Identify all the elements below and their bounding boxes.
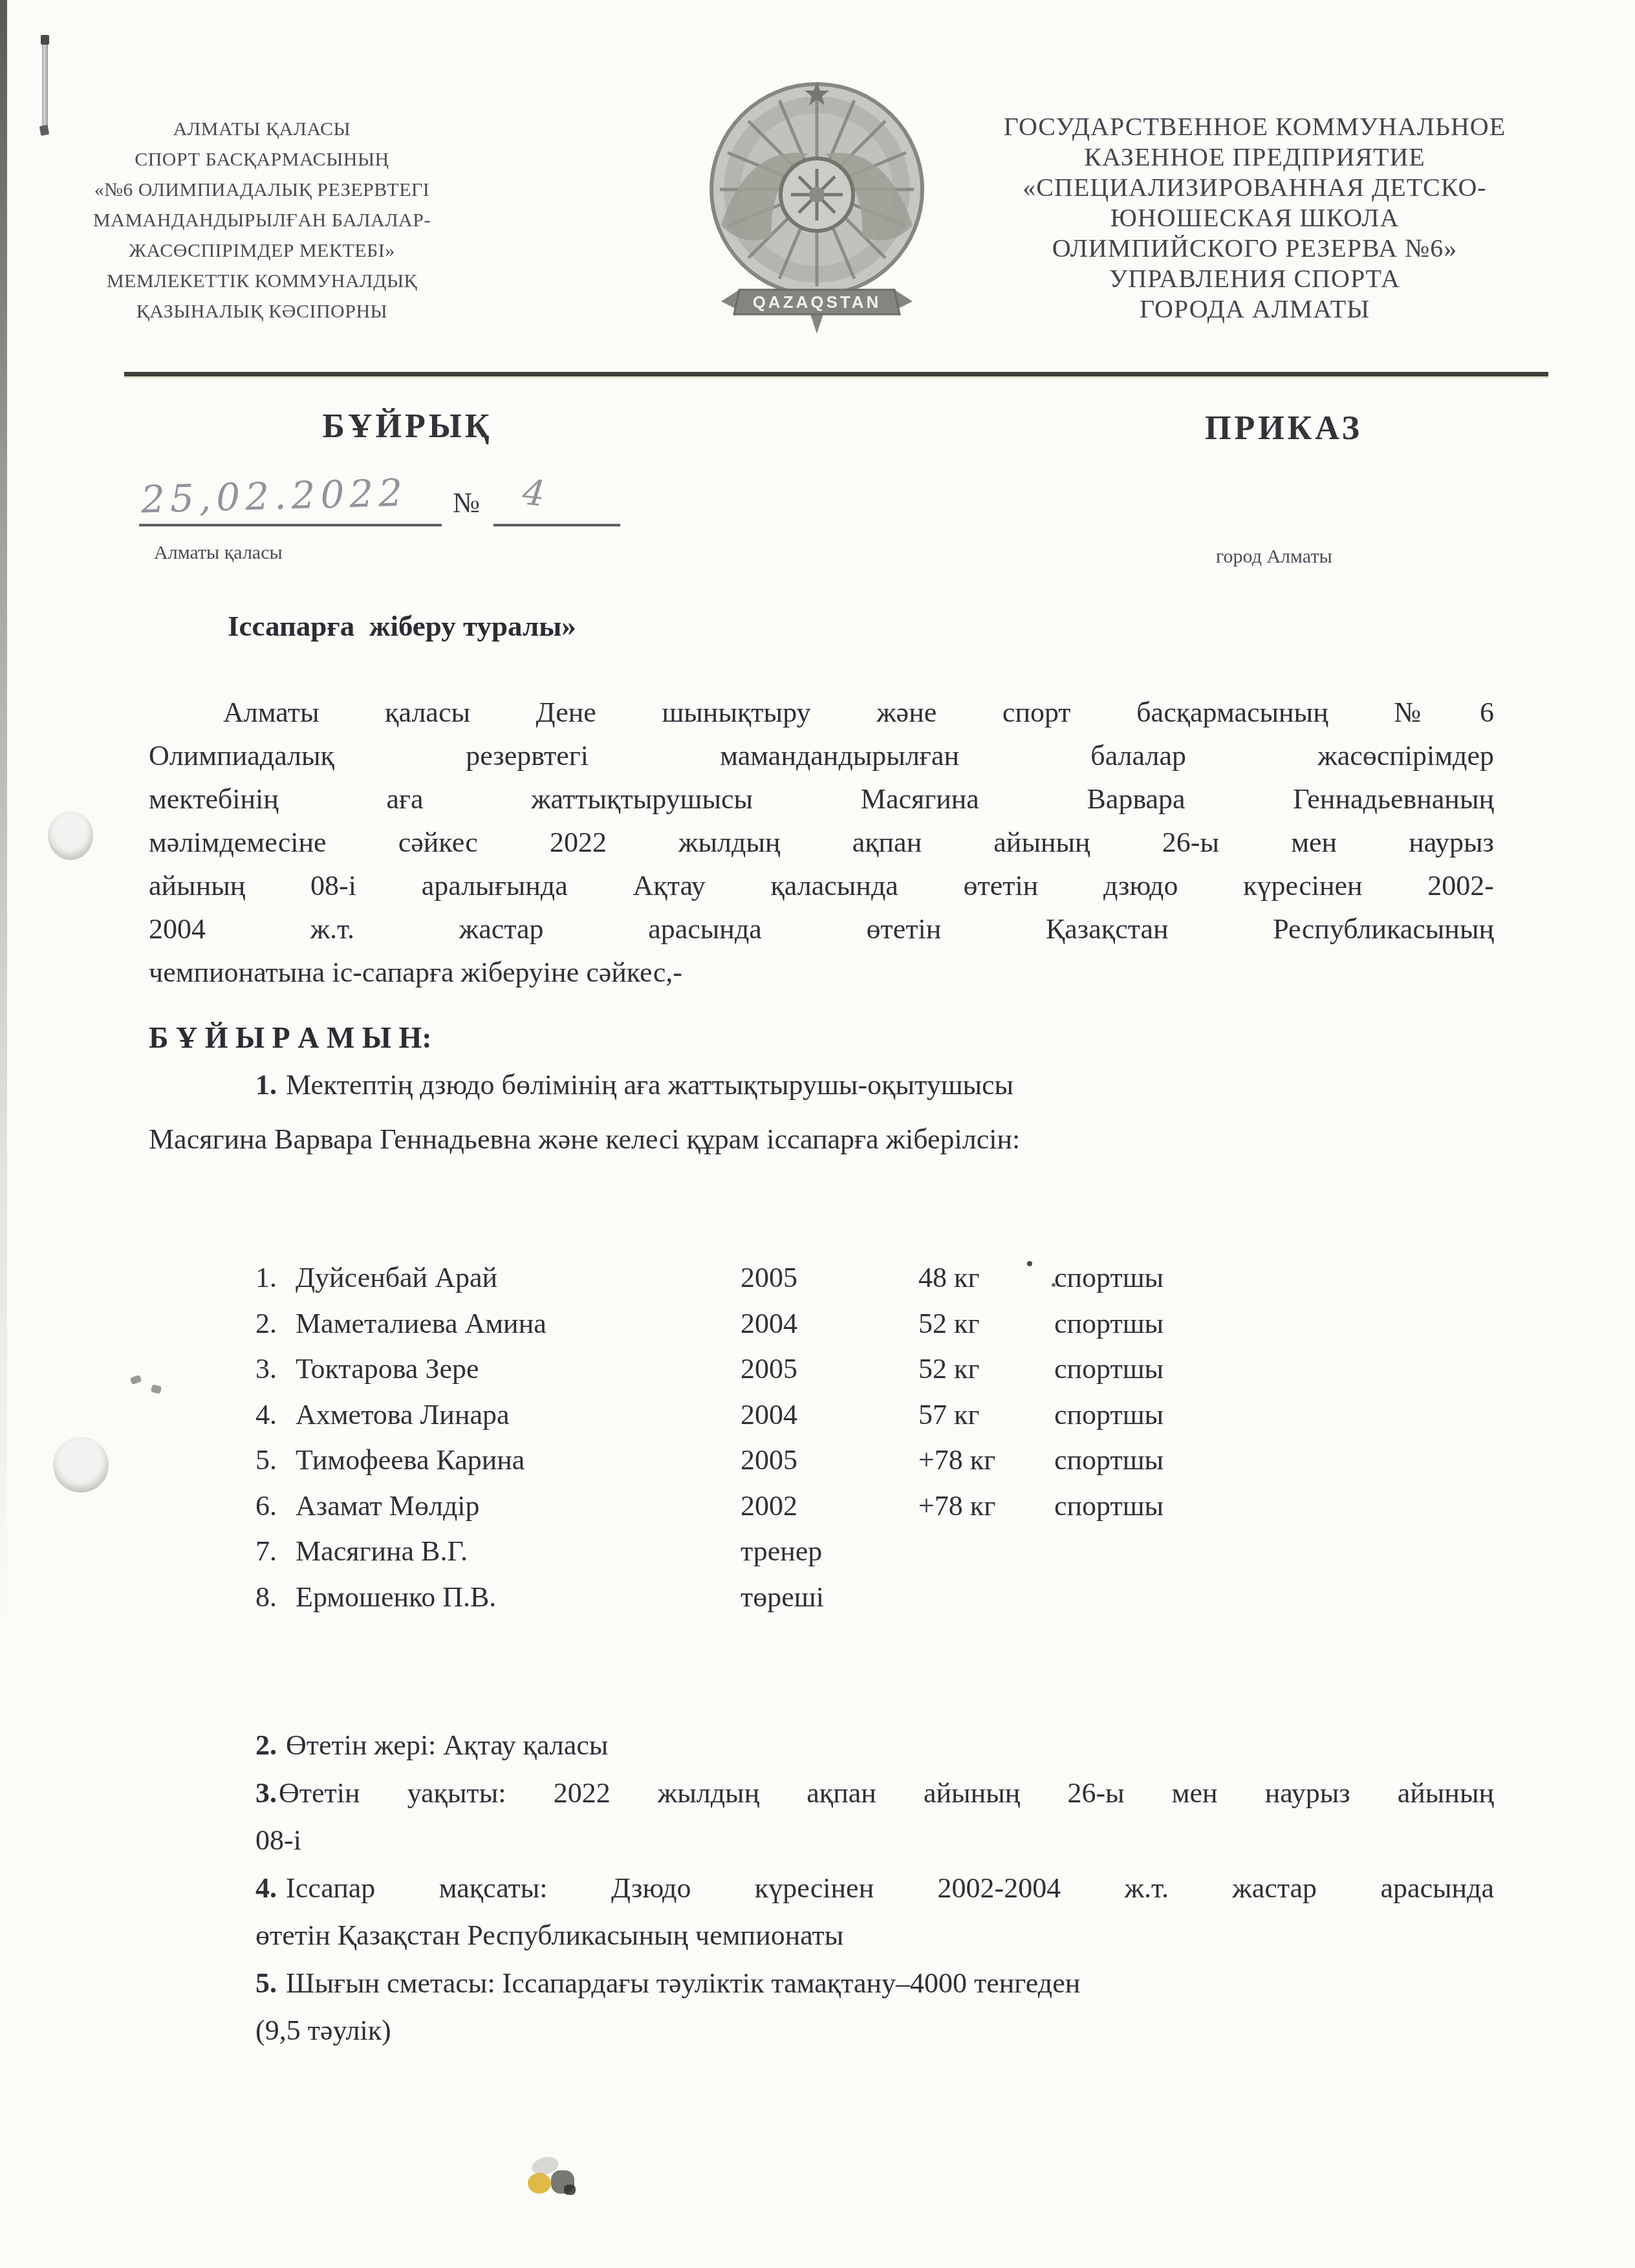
row-number: 7. (255, 1535, 277, 1568)
item-3-number: 3. (255, 1777, 277, 1809)
item-4-text: Іссапар мақсаты: Дзюдо күресінен 2002-20… (286, 1872, 1494, 1904)
order-item-3-line-2: 08-і (255, 1817, 1494, 1864)
row-number: 8. (255, 1581, 277, 1614)
staple-top-cap (41, 35, 49, 45)
row-number: 2. (255, 1307, 277, 1340)
ink-speck (151, 1384, 162, 1394)
item-4-number: 4. (255, 1872, 277, 1904)
order-item-5-line-1: 5.Шығын сметасы: Іссапардағы тәуліктік т… (255, 1960, 1494, 2007)
header-divider-line (124, 372, 1548, 376)
row-number: 3. (255, 1352, 277, 1385)
org-ru-line: ОЛИМПИЙСКОГО РЕЗЕРВА №6» (951, 233, 1559, 263)
participant-row: 8. Ермошенко П.В. төреші (255, 1581, 1303, 1626)
row-number: 1. (255, 1261, 277, 1294)
participant-row: 4. Ахметова Линара 2004 57 кг спортшы (255, 1398, 1303, 1444)
participant-row: 6. Азамат Мөлдір 2002 +78 кг спортшы (255, 1489, 1303, 1535)
org-ru-line: УПРАВЛЕНИЯ СПОРТА (951, 263, 1559, 294)
preamble-line: мәлімдемесіне сәйкес 2022 жылдың ақпан а… (149, 821, 1494, 864)
org-ru-line: «СПЕЦИАЛИЗИРОВАННАЯ ДЕТСКО- (951, 172, 1559, 202)
participant-name: Масягина В.Г. (296, 1535, 468, 1568)
order-items: 2.Өтетін жері: Ақтау қаласы 3.Өтетін уақ… (255, 1722, 1494, 2055)
org-ru-line: ГОСУДАРСТВЕННОЕ КОММУНАЛЬНОЕ (951, 111, 1559, 142)
participant-row: 1. Дуйсенбай Арай 2005 48 кг спортшы (255, 1261, 1303, 1307)
org-ru-line: КАЗЕННОЕ ПРЕДПРИЯТИЕ (951, 142, 1559, 172)
birth-year: 2004 (741, 1307, 797, 1340)
participant-name: Тимофеева Карина (296, 1443, 525, 1476)
preamble-line: 2004 ж.т. жастар арасында өтетін Қазақст… (149, 907, 1494, 951)
order-item-4-line-1: 4.Іссапар мақсаты: Дзюдо күресінен 2002-… (255, 1864, 1494, 1912)
preamble-line: мектебінің аға жаттықтырушысы Масягина В… (149, 777, 1494, 821)
place-kazakh: Алматы қаласы (154, 542, 283, 564)
participant-role: спортшы (1054, 1352, 1164, 1385)
participant-role: спортшы (1054, 1307, 1164, 1340)
org-kk-line: МЕМЛЕКЕТТІК КОММУНАЛДЫҚ (91, 266, 433, 296)
order-title-kazakh: БҰЙРЫҚ (278, 407, 537, 446)
participant-name: Ермошенко П.В. (296, 1581, 496, 1614)
org-name-kazakh: АЛМАТЫ ҚАЛАСЫ СПОРТ БАСҚАРМАСЫНЫҢ «№6 ОЛ… (91, 114, 433, 327)
number-underline (493, 524, 620, 526)
weight-category: 57 кг (918, 1398, 979, 1431)
org-kk-line: СПОРТ БАСҚАРМАСЫНЫҢ (91, 144, 433, 175)
preamble-line: Олимпиадалық резервтегі мамандандырылған… (149, 734, 1494, 777)
row-number: 6. (255, 1489, 277, 1522)
document-page: АЛМАТЫ ҚАЛАСЫ СПОРТ БАСҚАРМАСЫНЫҢ «№6 ОЛ… (0, 0, 1635, 2268)
order-item-1-line-2: Масягина Варвара Геннадьевна және келесі… (149, 1123, 1494, 1156)
handwritten-date: 25,02.2022 (140, 471, 408, 522)
weight-category: 48 кг (918, 1261, 979, 1294)
participant-name: Маметалиева Амина (296, 1307, 547, 1340)
staple-bottom-cap (39, 125, 49, 136)
birth-year: 2005 (741, 1352, 797, 1385)
order-item-4-line-2: өтетін Қазақстан Республикасының чемпион… (255, 1912, 1494, 1960)
item-1-text: Мектептің дзюдо бөлімінің аға жаттықтыру… (286, 1069, 1013, 1101)
participant-row: 2. Маметалиева Амина 2004 52 кг спортшы (255, 1307, 1303, 1353)
participant-name: Токтарова Зере (296, 1352, 479, 1385)
row-number: 4. (255, 1398, 277, 1431)
row-number: 5. (255, 1443, 277, 1476)
participant-role: спортшы (1054, 1443, 1164, 1476)
item-2-text: Өтетін жері: Ақтау қаласы (286, 1729, 608, 1761)
birth-year: 2004 (741, 1398, 797, 1431)
org-kk-line: АЛМАТЫ ҚАЛАСЫ (91, 114, 433, 144)
resolution-word: Б Ұ Й Ы Р А М Ы Н: (149, 1021, 432, 1055)
order-item-5-line-2: (9,5 тәулік) (255, 2007, 1494, 2055)
org-ru-line: ЮНОШЕСКАЯ ШКОЛА (951, 202, 1559, 233)
birth-year: 2005 (741, 1443, 797, 1476)
order-number-sign: № (453, 486, 480, 519)
participant-role: тренер (741, 1535, 822, 1568)
kazakhstan-coat-of-arms: QAZAQSTAN (702, 76, 932, 338)
staple-bar (42, 39, 48, 131)
order-item-1-line-1: 1.Мектептің дзюдо бөлімінің аға жаттықты… (149, 1068, 1494, 1101)
preamble-line: чемпионатына іс-сапарға жіберуіне сәйкес… (149, 951, 1494, 994)
participant-name: Азамат Мөлдір (296, 1489, 480, 1522)
preamble-line: айының 08-і аралығында Ақтау қаласында ө… (149, 864, 1494, 907)
item-1-number: 1. (255, 1069, 277, 1101)
ink-speck (1027, 1261, 1032, 1266)
birth-year: 2002 (741, 1489, 797, 1522)
staple-mark (40, 35, 49, 135)
preamble-line: Алматы қаласы Дене шынықтыру және спорт … (149, 691, 1494, 734)
emblem-banner-text: QAZAQSTAN (753, 292, 882, 312)
item-5-number: 5. (255, 1967, 277, 1999)
org-kk-line: ҚАЗЫНАЛЫҚ КӘСІПОРНЫ (91, 296, 433, 327)
org-kk-line: ЖАСӨСПІРІМДЕР МЕКТЕБІ» (91, 235, 433, 266)
date-underline (139, 524, 442, 526)
participant-name: Ахметова Линара (296, 1398, 510, 1431)
place-russian: город Алматы (1216, 546, 1332, 568)
ink-speck (130, 1375, 142, 1385)
scanner-edge-shadow (0, 0, 7, 2268)
org-name-russian: ГОСУДАРСТВЕННОЕ КОММУНАЛЬНОЕ КАЗЕННОЕ ПР… (951, 111, 1559, 324)
order-title-russian: ПРИКАЗ (1154, 409, 1413, 448)
order-item-3-line-1: 3.Өтетін уақыты: 2022 жылдың ақпан айыны… (255, 1769, 1494, 1817)
participant-role: спортшы (1054, 1261, 1164, 1294)
participant-row: 7. Масягина В.Г. тренер (255, 1535, 1303, 1581)
weight-category: 52 кг (918, 1352, 979, 1385)
participant-role: спортшы (1054, 1489, 1164, 1522)
hole-punch-bottom (53, 1437, 109, 1493)
handwritten-order-number: 4 (521, 471, 547, 514)
org-kk-line: МАМАНДАНДЫРЫЛҒАН БАЛАЛАР- (91, 205, 433, 235)
weight-category: +78 кг (918, 1489, 995, 1522)
hole-punch-top (48, 811, 93, 860)
weight-category: +78 кг (918, 1443, 995, 1476)
participants-list: 1. Дуйсенбай Арай 2005 48 кг спортшы 2. … (255, 1261, 1303, 1626)
paper-smudge-yellow (528, 2173, 551, 2194)
item-5-text: Шығын сметасы: Іссапардағы тәуліктік там… (286, 1967, 1080, 1999)
order-subject: Іссапарға жіберу туралы» (228, 609, 576, 643)
birth-year: 2005 (741, 1261, 797, 1294)
item-2-number: 2. (255, 1729, 277, 1761)
weight-category: 52 кг (918, 1307, 979, 1340)
org-kk-line: «№6 ОЛИМПИАДАЛЫҚ РЕЗЕРВТЕГІ (91, 175, 433, 205)
participant-name: Дуйсенбай Арай (296, 1261, 497, 1294)
participant-row: 3. Токтарова Зере 2005 52 кг спортшы (255, 1352, 1303, 1398)
item-3-text: Өтетін уақыты: 2022 жылдың ақпан айының … (279, 1777, 1494, 1809)
paper-smudge-dark (564, 2185, 576, 2195)
order-item-2: 2.Өтетін жері: Ақтау қаласы (255, 1722, 1494, 1769)
participant-row: 5. Тимофеева Карина 2005 +78 кг спортшы (255, 1443, 1303, 1489)
participant-role: спортшы (1054, 1398, 1164, 1431)
participant-role: төреші (741, 1581, 824, 1614)
order-preamble: Алматы қаласы Дене шынықтыру және спорт … (149, 691, 1494, 994)
org-ru-line: ГОРОДА АЛМАТЫ (951, 294, 1559, 324)
ink-speck (1052, 1283, 1056, 1287)
